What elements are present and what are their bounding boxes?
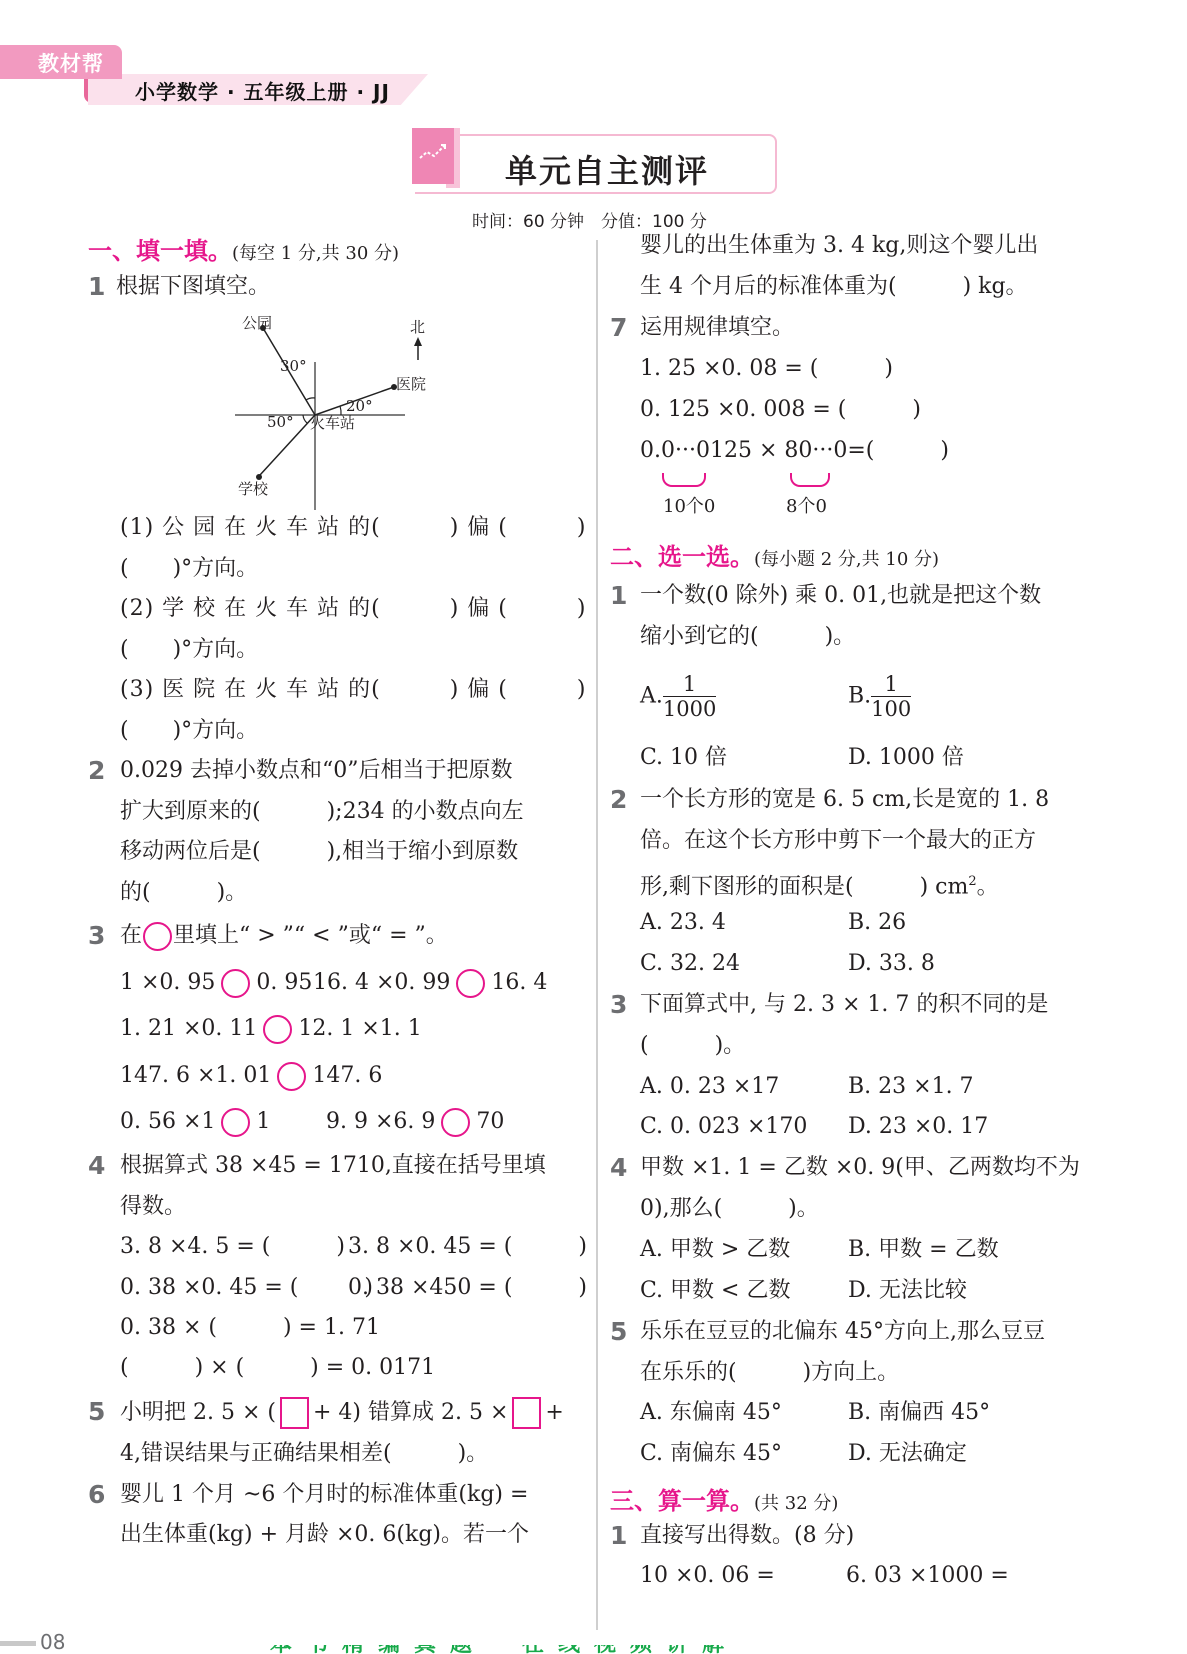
- q4-item: 0. 38 ×450 = ( ): [348, 1273, 587, 1303]
- q1-sub2-line2: ( )°方向。: [120, 635, 258, 665]
- q2-line1: 0.029 去掉小数点和“0”后相当于把原数: [120, 756, 512, 786]
- option-d[interactable]: D. 无法比较: [848, 1276, 967, 1306]
- q4-item: ( ) × ( ) = 0. 0171: [120, 1353, 435, 1383]
- compare-answer-circle[interactable]: [456, 969, 485, 998]
- direction-diagram: 公园 北 医院 火车站 学校 30° 20° 50°: [230, 310, 450, 510]
- q7-item: 0. 125 ×0. 008 = ( ): [640, 395, 921, 425]
- compare-right: 12. 1 ×1. 1: [298, 1016, 421, 1041]
- compare-answer-circle[interactable]: [221, 1108, 250, 1137]
- q6-line4: 生 4 个月后的标准体重为( ) kg。: [640, 272, 1028, 302]
- angle-hospital: 20°: [346, 397, 373, 415]
- option-a[interactable]: A. 东偏南 45°: [640, 1398, 782, 1428]
- compare-right: 16. 4: [491, 970, 547, 995]
- brace-icon: [790, 473, 830, 487]
- column-divider: [596, 240, 598, 1630]
- q6-line3: 婴儿的出生体重为 3. 4 kg,则这个婴儿出: [640, 231, 1038, 261]
- option-a[interactable]: A. 甲数 > 乙数: [640, 1235, 790, 1265]
- unit-superscript: 2: [968, 874, 976, 889]
- question-number: 5: [88, 1397, 105, 1427]
- option-b[interactable]: B. 23 ×1. 7: [848, 1072, 974, 1102]
- brace-label: 10个0: [663, 492, 715, 522]
- q3-prompt: 在里填上“ > ”“ < ”或“ = ”。: [120, 921, 448, 951]
- q1-sub2-line1: (2) 学 校 在 火 车 站 的( ) 偏 ( ): [120, 594, 586, 624]
- compare-right: 70: [476, 1109, 504, 1134]
- s2q2-tail: 。: [977, 874, 999, 899]
- q3-prompt-a: 在: [120, 923, 142, 948]
- question-number: 1: [610, 1521, 627, 1551]
- trend-chart-icon: [412, 128, 454, 184]
- q4-item: 3. 8 ×0. 45 = ( ): [348, 1232, 587, 1262]
- compare-right: 1: [256, 1109, 270, 1134]
- option-d[interactable]: D. 23 ×0. 17: [848, 1112, 988, 1142]
- q2-line2: 扩大到原来的( );234 的小数点向左: [120, 797, 524, 827]
- q5-text-a: 小明把 2. 5 × (: [120, 1400, 276, 1425]
- compare-left: 0. 56 ×1: [120, 1109, 215, 1134]
- s2q5-line2: 在乐乐的( )方向上。: [640, 1358, 899, 1388]
- compare-row: 16. 4 ×0. 9916. 4: [313, 968, 547, 998]
- s2q2-line2: 倍。在这个长方形中剪下一个最大的正方: [640, 826, 1036, 856]
- q4-line1: 根据算式 38 ×45 = 1710,直接在括号里填: [120, 1151, 546, 1181]
- q4-line2: 得数。: [120, 1192, 186, 1222]
- q1-sub3-line1: (3) 医 院 在 火 车 站 的( ) 偏 ( ): [120, 675, 586, 705]
- q4-item: 0. 38 ×0. 45 = ( ): [120, 1273, 373, 1303]
- section-2-heading: 二、选一选。(每小题 2 分,共 10 分): [610, 537, 939, 572]
- q4-item: 3. 8 ×4. 5 = ( ): [120, 1232, 345, 1262]
- page-number: 08: [40, 1630, 65, 1654]
- question-number: 1: [610, 581, 627, 611]
- label-north: 北: [410, 316, 425, 337]
- q3-prompt-b: 里填上“ > ”“ < ”或“ = ”。: [173, 923, 448, 948]
- circle-symbol-icon: [143, 922, 172, 951]
- option-b[interactable]: B. 甲数 = 乙数: [848, 1235, 999, 1265]
- question-number: 7: [610, 313, 627, 343]
- option-b[interactable]: B.1100: [848, 672, 911, 721]
- q5-text-b: + 4) 错算成 2. 5 ×: [313, 1400, 508, 1425]
- option-c[interactable]: C. 甲数 < 乙数: [640, 1276, 790, 1306]
- section-2-note: (每小题 2 分,共 10 分): [754, 549, 939, 570]
- question-text: 根据下图填空。: [116, 272, 270, 302]
- s2q3-line1: 下面算式中, 与 2. 3 × 1. 7 的积不同的是: [640, 990, 1048, 1020]
- footer-banner-text: 本书精编真题 在线视频讲解: [270, 1645, 910, 1654]
- q5-text-c: +: [545, 1400, 563, 1425]
- section-3-heading: 三、算一算。(共 32 分): [610, 1481, 838, 1516]
- q7-item: 0.0···0125 × 80···0=( ): [640, 436, 949, 466]
- s2q1-line1: 一个数(0 除外) 乘 0. 01,也就是把这个数: [640, 581, 1041, 611]
- label-park: 公园: [242, 312, 272, 333]
- compare-left: 1 ×0. 95: [120, 970, 215, 995]
- q7-item: 1. 25 ×0. 08 = ( ): [640, 354, 893, 384]
- question-number: 2: [88, 756, 105, 786]
- compare-row: 1. 21 ×0. 1112. 1 ×1. 1: [120, 1014, 422, 1044]
- q2-line3: 移动两位后是( ),相当于缩小到原数: [120, 837, 518, 867]
- option-b[interactable]: B. 南偏西 45°: [848, 1398, 990, 1428]
- compare-right: 147. 6: [312, 1063, 382, 1088]
- s2q1-line2: 缩小到它的( )。: [640, 622, 855, 652]
- option-a[interactable]: A. 0. 23 ×17: [640, 1072, 779, 1102]
- footer-banner: 本书精编真题 在线视频讲解: [270, 1645, 910, 1654]
- q5-line2: 4,错误结果与正确结果相差( )。: [120, 1439, 488, 1469]
- option-c[interactable]: C. 南偏东 45°: [640, 1439, 782, 1469]
- option-label: B.: [848, 684, 871, 709]
- fraction-numerator: 1: [663, 672, 716, 697]
- label-hospital: 医院: [396, 373, 426, 394]
- option-d[interactable]: D. 无法确定: [848, 1439, 967, 1469]
- blank-square[interactable]: [280, 1397, 309, 1429]
- angle-school: 50°: [267, 413, 294, 431]
- s2q2-line1: 一个长方形的宽是 6. 5 cm,长是宽的 1. 8: [640, 785, 1049, 815]
- s2q4-line1: 甲数 ×1. 1 = 乙数 ×0. 9(甲、乙两数均不为: [640, 1153, 1080, 1183]
- calc-item: 6. 03 ×1000 =: [846, 1561, 1009, 1591]
- brace-icon: [662, 473, 706, 487]
- s2q2-text: 形,剩下图形的面积是( ) cm: [640, 874, 968, 899]
- compare-answer-circle[interactable]: [441, 1108, 470, 1137]
- section-1-heading: 一、填一填。(每空 1 分,共 30 分): [88, 231, 399, 266]
- s2q5-line1: 乐乐在豆豆的北偏东 45°方向上,那么豆豆: [640, 1317, 1045, 1347]
- question-number: 3: [610, 990, 627, 1020]
- option-label: A.: [640, 684, 663, 709]
- compare-right: 0. 95: [256, 970, 312, 995]
- fraction-numerator: 1: [871, 672, 911, 697]
- compare-left: 1. 21 ×0. 11: [120, 1016, 257, 1041]
- brace-label: 8个0: [786, 492, 827, 522]
- question-number: 2: [610, 785, 627, 815]
- s2q4-line2: 0),那么( )。: [640, 1194, 819, 1224]
- angle-park: 30°: [280, 357, 307, 375]
- option-c[interactable]: C. 32. 24: [640, 949, 740, 979]
- q5-line1: 小明把 2. 5 × (+ 4) 错算成 2. 5 ×+: [120, 1397, 564, 1429]
- compare-left: 16. 4 ×0. 99: [313, 970, 450, 995]
- s2q2-line3: 形,剩下图形的面积是( ) cm2。: [640, 867, 999, 902]
- exam-meta: 时间：60 分钟 分值：100 分: [472, 207, 707, 232]
- q1-sub3-line2: ( )°方向。: [120, 716, 258, 746]
- compare-row: 1 ×0. 950. 95: [120, 968, 312, 998]
- question-number: 5: [610, 1317, 627, 1347]
- option-a[interactable]: A. 23. 4: [640, 908, 726, 938]
- compare-left: 147. 6 ×1. 01: [120, 1063, 271, 1088]
- brand-label: 教材帮: [38, 48, 104, 78]
- label-school: 学校: [238, 478, 268, 499]
- option-d[interactable]: D. 33. 8: [848, 949, 935, 979]
- option-c[interactable]: C. 10 倍: [640, 743, 727, 773]
- blank-square[interactable]: [512, 1397, 541, 1429]
- question-number: 4: [88, 1151, 105, 1181]
- calc-item: 10 ×0. 06 =: [640, 1561, 775, 1591]
- compare-row: 147. 6 ×1. 01147. 6: [120, 1061, 382, 1091]
- fraction: 11000: [663, 672, 716, 721]
- option-d[interactable]: D. 1000 倍: [848, 743, 964, 773]
- question-number: 4: [610, 1153, 627, 1183]
- compare-row: 0. 56 ×11: [120, 1107, 270, 1137]
- fraction-denominator: 100: [871, 697, 911, 721]
- q6-line2: 出生体重(kg) + 月龄 ×0. 6(kg)。若一个: [120, 1520, 529, 1550]
- q4-item: 0. 38 × ( ) = 1. 71: [120, 1313, 380, 1343]
- section-1-title: 一、填一填。: [88, 237, 232, 265]
- fraction-denominator: 1000: [663, 697, 716, 721]
- section-3-note: (共 32 分): [754, 1493, 838, 1514]
- option-a[interactable]: A.11000: [640, 672, 716, 721]
- compare-answer-circle[interactable]: [263, 1015, 292, 1044]
- page-number-bar: [0, 1641, 36, 1646]
- question-number: 6: [88, 1480, 105, 1510]
- q1-sub1-line2: ( )°方向。: [120, 554, 258, 584]
- s3q1-prompt: 直接写出得数。(8 分): [640, 1521, 854, 1551]
- question-number: 3: [88, 921, 105, 951]
- section-3-title: 三、算一算。: [610, 1487, 754, 1515]
- q6-line1: 婴儿 1 个月 ~6 个月时的标准体重(kg) =: [120, 1480, 528, 1510]
- label-station: 火车站: [310, 412, 355, 433]
- question-number: 1: [88, 272, 105, 302]
- s2q3-line2: ( )。: [640, 1031, 745, 1061]
- compare-row: 9. 9 ×6. 970: [326, 1107, 504, 1137]
- page-title: 单元自主测评: [505, 146, 709, 192]
- compare-left: 9. 9 ×6. 9: [326, 1109, 435, 1134]
- compare-answer-circle[interactable]: [221, 969, 250, 998]
- option-b[interactable]: B. 26: [848, 908, 906, 938]
- q7-prompt: 运用规律填空。: [640, 313, 794, 343]
- compare-answer-circle[interactable]: [277, 1062, 306, 1091]
- subject-label: 小学数学 · 五年级上册 · JJ: [135, 76, 390, 105]
- option-c[interactable]: C. 0. 023 ×170: [640, 1112, 807, 1142]
- section-2-title: 二、选一选。: [610, 543, 754, 571]
- section-1-note: (每空 1 分,共 30 分): [232, 243, 399, 264]
- q1-sub1-line1: (1) 公 园 在 火 车 站 的( ) 偏 ( ): [120, 513, 586, 543]
- fraction: 1100: [871, 672, 911, 721]
- q2-line4: 的( )。: [120, 878, 247, 908]
